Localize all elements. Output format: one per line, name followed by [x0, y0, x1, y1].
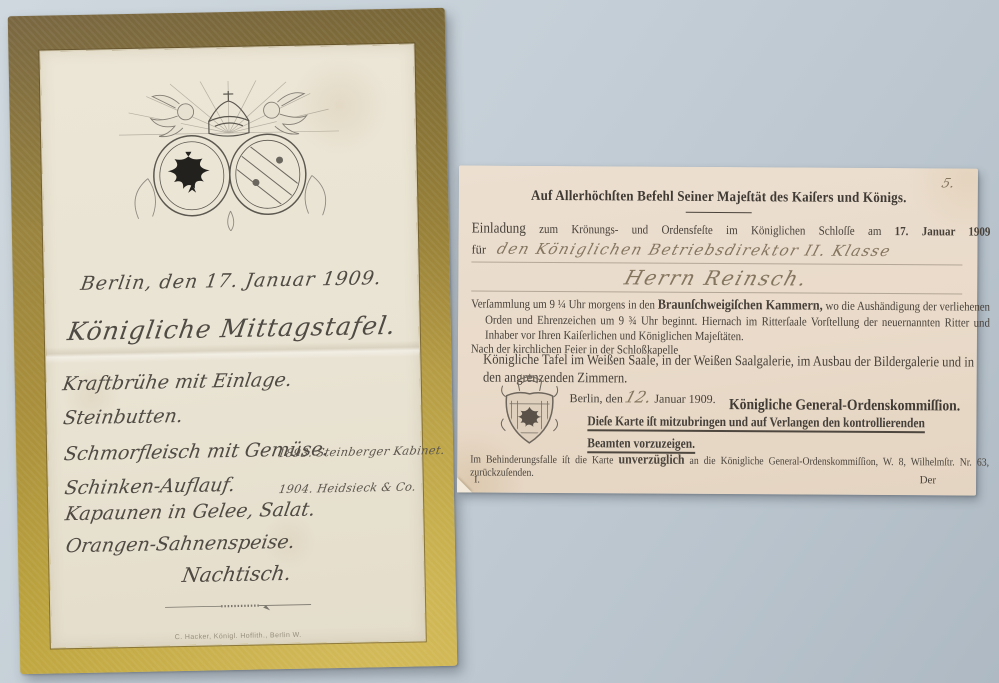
menu-course: Schmorfleisch mit Gemüse. 1893. Steinber… [64, 438, 329, 465]
handwritten-name: Herrn Reinsch. [625, 265, 808, 290]
menu-closing: Nachtisch. [50, 558, 423, 589]
recipient-rank-line: für den Königlichen Betriebsdirektor II.… [471, 239, 962, 265]
handwritten-card-number: 5. [941, 176, 953, 191]
footer-roman-numeral: I. [474, 475, 480, 486]
recipient-name-line: Herrn Reinsch. [471, 264, 962, 294]
wine-annotation: 1904. Heidsieck & Co. [279, 480, 417, 497]
menu-card-paper: Berlin, den 17. Januar 1909. Königliche … [40, 44, 424, 647]
return-instructions: Im Behinderungsfalle iſt die Karte unver… [470, 450, 989, 483]
menu-title: Königliche Mittagstafel. [46, 310, 419, 346]
invitation-subtitle: Einladung zum Krönungs- und Ordensfeſte … [472, 220, 991, 240]
invitation-title: Auf Allerhöchſten Befehl Seiner Majeſtät… [530, 188, 906, 207]
issue-dateline: Berlin, den 12. Januar 1909. [570, 387, 716, 407]
assembly-paragraph: Verſammlung um 9 ¼ Uhr morgens in den Br… [471, 296, 990, 359]
invitation-card: 5. Auf Allerhöchſten Befehl Seiner Majeſ… [457, 165, 978, 495]
handwritten-day: 12. [626, 387, 652, 406]
menu-course: Schinken-Auflauf. 1904. Heidsieck & Co. [65, 474, 236, 499]
printer-imprint: C. Hacker, Königl. Hoflith., Berlin W. [52, 629, 425, 643]
royal-coat-of-arms-icon [497, 371, 562, 455]
menu-course-list: Kraftbrühe mit Einlage. Steinbutten. Sch… [56, 45, 408, 52]
wine-annotation: 1893. Steinberger Kabinet. [278, 443, 445, 460]
fuer-label: für [471, 242, 486, 256]
menu-course: Kapaunen in Gelee, Salat. [65, 498, 315, 525]
imperial-crown-cherubs-crest-icon [108, 79, 351, 234]
menu-course: Orangen-Sahnenspeise. [66, 531, 295, 557]
handwritten-rank: den Königlichen Betriebsdirektor II. Kla… [497, 240, 891, 260]
issuer-signature: Königliche General-Ordenskommiſſion. [729, 396, 960, 415]
menu-card: Berlin, den 17. Januar 1909. Königliche … [8, 8, 458, 674]
menu-date-line: Berlin, den 17. Januar 1909. [45, 266, 418, 295]
menu-course: Steinbutten. [63, 405, 183, 429]
title-underline-rule [685, 212, 751, 213]
footer-der-label: Der [920, 474, 937, 486]
divider-flourish-icon [162, 599, 312, 614]
menu-course: Kraftbrühe mit Einlage. [63, 369, 292, 395]
photo-scene: Berlin, den 17. Januar 1909. Königliche … [0, 0, 999, 683]
